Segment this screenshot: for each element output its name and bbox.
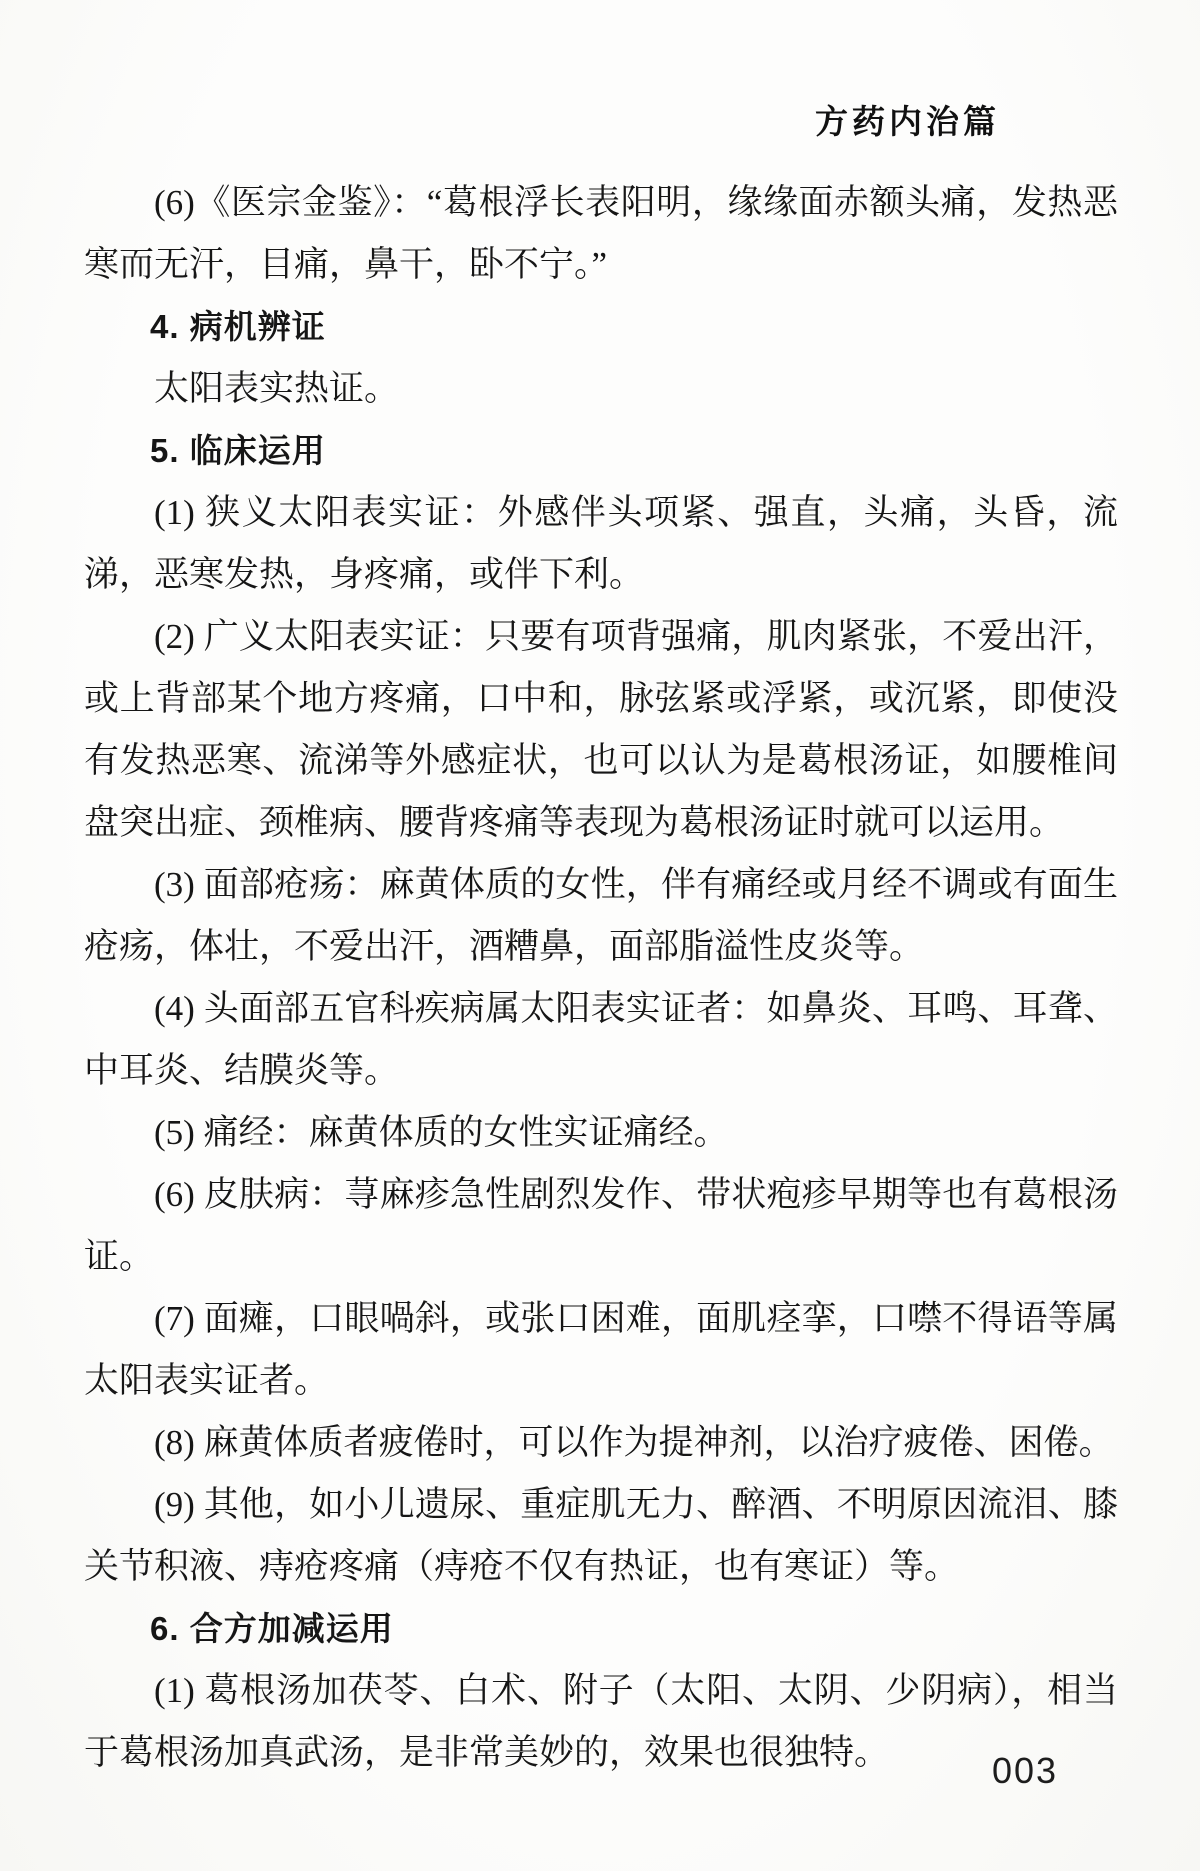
paragraph: (8) 麻黄体质者疲倦时，可以作为提神剂，以治疗疲倦、困倦。 bbox=[84, 1412, 1118, 1474]
paragraph: (6)《医宗金鉴》：“葛根浮长表阳明，缘缘面赤额头痛，发热恶寒而无汗，目痛，鼻干… bbox=[84, 172, 1118, 296]
paragraph: (7) 面瘫，口眼喎斜，或张口困难，面肌痉挛，口噤不得语等属太阳表实证者。 bbox=[84, 1288, 1118, 1412]
paragraph: (9) 其他，如小儿遗尿、重症肌无力、醉酒、不明原因流泪、膝关节积液、痔疮疼痛（… bbox=[84, 1474, 1118, 1598]
paragraph: (4) 头面部五官科疾病属太阳表实证者：如鼻炎、耳鸣、耳聋、中耳炎、结膜炎等。 bbox=[84, 978, 1118, 1102]
paragraph: (5) 痛经：麻黄体质的女性实证痛经。 bbox=[84, 1102, 1118, 1164]
section-heading: 4. 病机辨证 bbox=[84, 296, 1118, 358]
paragraph: (2) 广义太阳表实证：只要有项背强痛，肌肉紧张，不爱出汗，或上背部某个地方疼痛… bbox=[84, 606, 1118, 854]
section-heading: 6. 合方加减运用 bbox=[84, 1598, 1118, 1660]
paragraph: (6) 皮肤病：荨麻疹急性剧烈发作、带状疱疹早期等也有葛根汤证。 bbox=[84, 1164, 1118, 1288]
section-heading: 5. 临床运用 bbox=[84, 420, 1118, 482]
paragraph: (1) 葛根汤加茯苓、白术、附子（太阳、太阴、少阴病），相当于葛根汤加真武汤，是… bbox=[84, 1660, 1118, 1784]
book-page: 方药内治篇 (6)《医宗金鉴》：“葛根浮长表阳明，缘缘面赤额头痛，发热恶寒而无汗… bbox=[0, 0, 1200, 1871]
running-header: 方药内治篇 bbox=[815, 96, 1000, 143]
paragraph: 太阳表实热证。 bbox=[84, 358, 1118, 420]
paragraph: (1) 狭义太阳表实证：外感伴头项紧、强直，头痛，头昏，流涕，恶寒发热，身疼痛，… bbox=[84, 482, 1118, 606]
paragraph: (3) 面部疮疡：麻黄体质的女性，伴有痛经或月经不调或有面生疮疡，体壮，不爱出汗… bbox=[84, 854, 1118, 978]
page-body: (6)《医宗金鉴》：“葛根浮长表阳明，缘缘面赤额头痛，发热恶寒而无汗，目痛，鼻干… bbox=[84, 172, 1118, 1784]
page-number: 003 bbox=[992, 1750, 1058, 1792]
